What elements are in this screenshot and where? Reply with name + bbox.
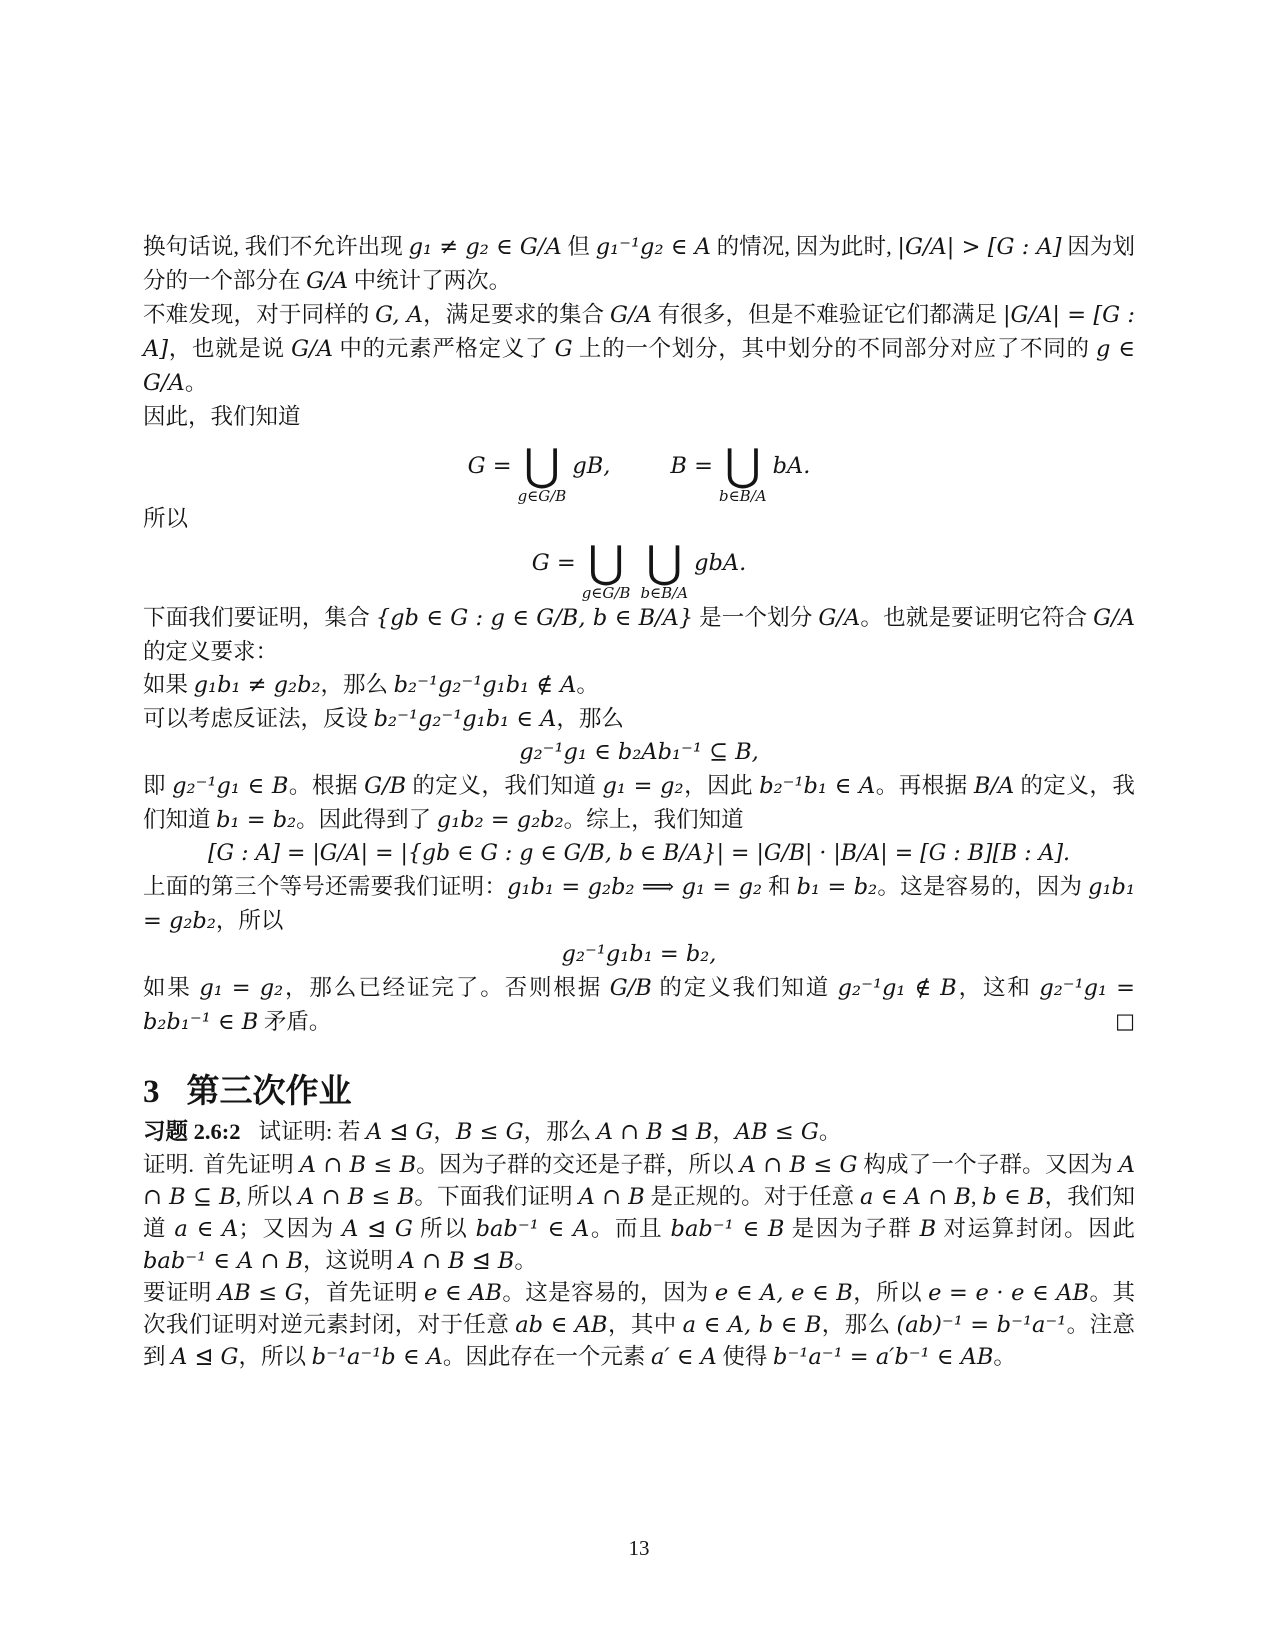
paragraph-recap-1: 换句话说, 我们不允许出现 g₁ ≠ g₂ ∈ G/A 但 g₁⁻¹g₂ ∈ A… <box>143 230 1135 298</box>
union-limit-2: b∈B/A <box>719 489 767 504</box>
line-therefore: 因此，我们知道 <box>143 400 1135 433</box>
bigcup-symbol-4: ⋃ <box>646 541 682 585</box>
union-limit-1: g∈G/B <box>518 489 567 504</box>
union-limit-4: b∈B/A <box>640 586 688 601</box>
union-operator-2: ⋃ b∈B/A <box>719 444 767 504</box>
eq1-rhs: gB, <box>566 450 616 483</box>
union-operator-4: ⋃ b∈B/A <box>640 541 688 601</box>
bigcup-symbol-2: ⋃ <box>725 444 761 488</box>
exercise-statement: 习题 2.6:2试证明: 若 A ⊴ G，B ≤ G，那么 A ∩ B ⊴ B，… <box>143 1115 1135 1149</box>
section-heading: 3第三次作业 <box>143 1069 1135 1115</box>
union-operator-3: ⋃ g∈G/B <box>582 541 631 601</box>
eq2-rhs: bA. <box>767 450 817 483</box>
equation-cancel: g₂⁻¹g₁b₁ = b₂, <box>143 938 1135 971</box>
equation-index-chain: [G : A] = |G/A| = |{gb ∈ G : g ∈ G/B, b … <box>143 837 1135 870</box>
document-page: 换句话说, 我们不允许出现 g₁ ≠ g₂ ∈ G/A 但 g₁⁻¹g₂ ∈ A… <box>0 0 1275 1650</box>
proof-text-1: 首先证明 A ∩ B ≤ B。因为子群的交还是子群，所以 A ∩ B ≤ G 构… <box>143 1152 1135 1273</box>
exercise-label: 习题 2.6:2 <box>143 1119 241 1144</box>
paragraph-conclusion: 如果 g₁ = g₂，那么已经证完了。否则根据 G/B 的定义我们知道 g₂⁻¹… <box>143 971 1135 1039</box>
conclusion-text: 如果 g₁ = g₂，那么已经证完了。否则根据 G/B 的定义我们知道 g₂⁻¹… <box>143 975 1135 1034</box>
paragraph-third-equality: 上面的第三个等号还需要我们证明：g₁b₁ = g₂b₂ ⟹ g₁ = g₂ 和 … <box>143 870 1135 938</box>
line-so: 所以 <box>143 502 1135 535</box>
proof-paragraph-1: 证明.首先证明 A ∩ B ≤ B。因为子群的交还是子群，所以 A ∩ B ≤ … <box>143 1149 1135 1277</box>
eq1-lhs: G = <box>462 450 518 483</box>
exercise-text: 试证明: 若 A ⊴ G，B ≤ G，那么 A ∩ B ⊴ B，AB ≤ G。 <box>259 1119 842 1144</box>
section-number: 3 <box>143 1074 160 1110</box>
page-content: 换句话说, 我们不允许出现 g₁ ≠ g₂ ∈ G/A 但 g₁⁻¹g₂ ∈ A… <box>143 230 1135 1373</box>
paragraph-recap-2: 不难发现，对于同样的 G, A，满足要求的集合 G/A 有很多，但是不难验证它们… <box>143 298 1135 400</box>
union-limit-3: g∈G/B <box>582 586 631 601</box>
union-operator-1: ⋃ g∈G/B <box>518 444 567 504</box>
paragraph-partition-claim: 下面我们要证明，集合 {gb ∈ G : g ∈ G/B, b ∈ B/A} 是… <box>143 601 1135 668</box>
equation-double-union: G = ⋃ g∈G/B ⋃ b∈B/A gbA. <box>143 533 1135 593</box>
equation-union-pair: G = ⋃ g∈G/B gB, B = ⋃ b∈B/A bA. <box>143 436 1135 496</box>
qed-square: □ <box>1115 1005 1135 1038</box>
bigcup-symbol-3: ⋃ <box>588 541 624 585</box>
eq2-lhs: B = <box>664 450 719 483</box>
paragraph-deduction: 即 g₂⁻¹g₁ ∈ B。根据 G/B 的定义，我们知道 g₁ = g₂，因此 … <box>143 769 1135 837</box>
section-title: 第三次作业 <box>187 1074 352 1110</box>
line-contradiction-setup: 可以考虑反证法，反设 b₂⁻¹g₂⁻¹g₁b₁ ∈ A，那么 <box>143 702 1135 736</box>
line-partition-condition: 如果 g₁b₁ ≠ g₂b₂，那么 b₂⁻¹g₂⁻¹g₁b₁ ∉ A。 <box>143 668 1135 702</box>
double-union-rhs: gbA. <box>688 547 752 580</box>
proof-label: 证明. <box>143 1152 194 1177</box>
page-number: 13 <box>143 1532 1135 1565</box>
equation-subset: g₂⁻¹g₁ ∈ b₂Ab₁⁻¹ ⊆ B, <box>143 736 1135 769</box>
proof-paragraph-2: 要证明 AB ≤ G，首先证明 e ∈ AB。这是容易的，因为 e ∈ A, e… <box>143 1277 1135 1373</box>
bigcup-symbol-1: ⋃ <box>524 444 560 488</box>
double-union-lhs: G = <box>526 547 582 580</box>
